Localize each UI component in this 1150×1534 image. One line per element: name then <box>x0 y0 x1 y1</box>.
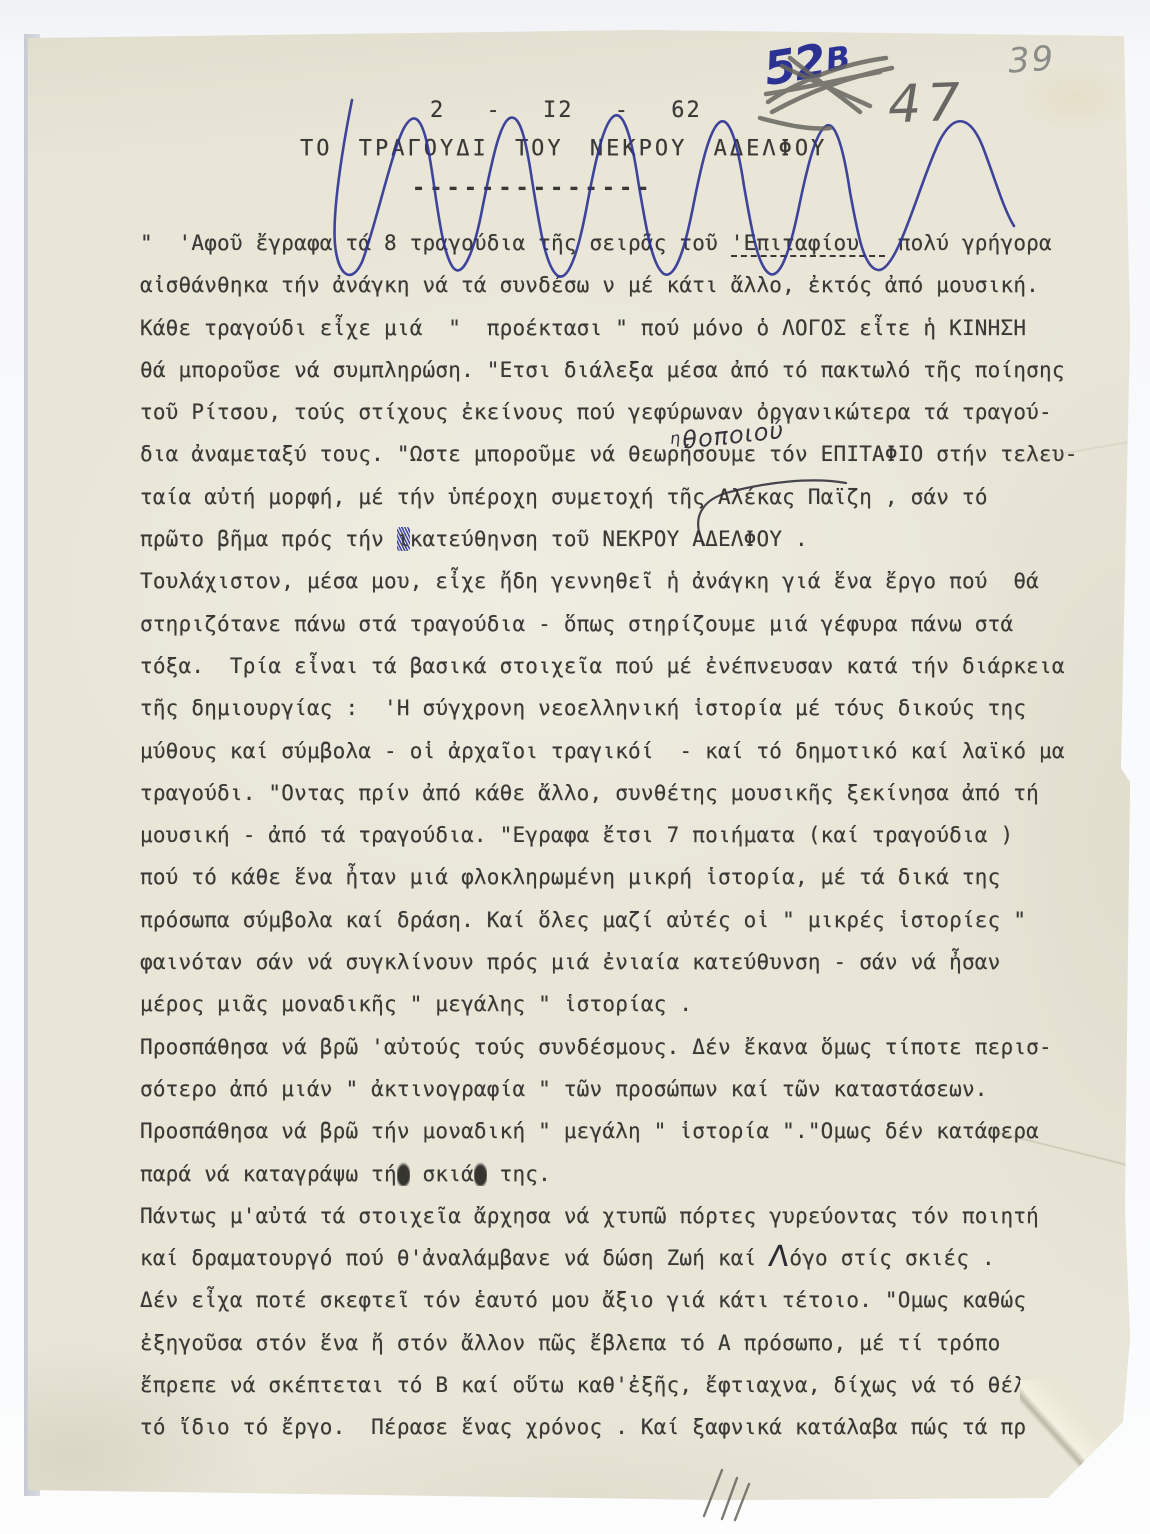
typed-line: " 'Αφοῦ ἔγραφα τά 8 τραγούδια τῆς σειρᾶς… <box>140 222 1125 264</box>
scanned-typescript-page: { "page": { "kind": "typewritten manuscr… <box>0 0 1150 1534</box>
document-page: 2 - I2 - 62 ΤΟ ΤΡΑΓΟΥΔΙ ΤΟΥ ΝΕΚΡΟΥ ΑΔΕΛΦ… <box>28 30 1130 1500</box>
typed-line: τό ἴδιο τό ἔργο. Πέρασε ἕνας χρόνος . Κα… <box>140 1406 1125 1448</box>
typed-line: τραγούδι. "Οντας πρίν ἀπό κάθε ἄλλο, συν… <box>140 772 1125 814</box>
typed-line: Δέν εἶχα ποτέ σκεφτεῖ τόν ἑαυτό μου ἄξιο… <box>140 1279 1125 1321</box>
typed-line: τοῦ Ρίτσου, τούς στίχους ἐκείνους πού γε… <box>140 391 1125 433</box>
typed-line: φαινόταν σάν νά συγκλίνουν πρός μιά ἐνια… <box>140 941 1125 983</box>
typed-line: Πάντως μ'αὐτά τά στοιχεῖα ἄρχησα νά χτυπ… <box>140 1195 1125 1237</box>
typed-line: στηριζότανε πάνω στά τραγούδια - ὅπως στ… <box>140 603 1125 645</box>
typed-date: 2 - I2 - 62 <box>430 98 702 123</box>
typed-line: ἐξηγοῦσα στόν ἕνα ἤ στόν ἄλλον πῶς ἔβλεπ… <box>140 1322 1125 1364</box>
typed-line: ἔπρεπε νά σκέπτεται τό Β καί οὕτω καθ'ἐξ… <box>140 1364 1125 1406</box>
typed-line: Προσπάθησα νά βρῶ 'αὐτούς τούς συνδέσμου… <box>140 1026 1125 1068</box>
typed-line: ταία αὐτή μορφή, μέ τήν ὑπέροχη συμετοχή… <box>140 476 1125 518</box>
typed-line: σότερο ἀπό μιάν " ἀκτινογραφία " τῶν προ… <box>140 1068 1125 1110</box>
typed-line: καί δραματουργό πού θ'ἀναλάμβανε νά δώση… <box>140 1237 1125 1279</box>
pencil-page-number-39: 39 <box>1007 38 1057 81</box>
typed-line: μέρος μιᾶς μοναδικῆς " μεγάλης " ἱστορία… <box>140 983 1125 1025</box>
typed-line: Προσπάθησα νά βρῶ τήν μοναδική " μεγάλη … <box>140 1110 1125 1152</box>
typed-line: Τουλάχιστον, μέσα μου, εἶχε ἤδη γεννηθεῖ… <box>140 560 1125 602</box>
typed-line: μουσική - ἀπό τά τραγούδια. "Εγραφα ἔτσι… <box>140 814 1125 856</box>
typed-line: θά μποροῦσε νά συμπληρώση. "Ετσι διάλεξα… <box>140 349 1125 391</box>
typed-line: αἰσθάνθηκα τήν ἀνάγκη νά τά συνδέσω ν μέ… <box>140 264 1125 306</box>
typed-body: " 'Αφοῦ ἔγραφα τά 8 τραγούδια τῆς σειρᾶς… <box>140 222 1125 1449</box>
typed-line: πρόσωπα σύμβολα καί δράση. Καί ὅλες μαζί… <box>140 899 1125 941</box>
typed-line: πού τό κάθε ἕνα ἦταν μιά φλοκληρωμένη μι… <box>140 856 1125 898</box>
pencil-page-number-47: 47 <box>887 73 967 136</box>
typed-line: μύθους καί σύμβολα - οἱ ἀρχαῖοι τραγικόί… <box>140 730 1125 772</box>
typed-line: τῆς δημιουργίας : 'Η σύγχρονη νεοελληνικ… <box>140 687 1125 729</box>
page-title: ΤΟ ΤΡΑΓΟΥΔΙ ΤΟΥ ΝΕΚΡΟΥ ΑΔΕΛΦΟΥ <box>300 136 827 161</box>
typed-line: πρῶτο βῆμα πρός τήν ικατεύθηνση τοῦ ΝΕΚΡ… <box>140 518 1125 560</box>
title-divider: -------------- <box>412 176 653 201</box>
typed-line: Κάθε τραγούδι εἶχε μιά " προέκτασι " πού… <box>140 307 1125 349</box>
typed-line: τόξα. Τρία εἶναι τά βασικά στοιχεῖα πού … <box>140 645 1125 687</box>
typed-line: δια ἀναμεταξύ τους. "Ωστε μποροῦμε νά θε… <box>140 433 1125 475</box>
typed-line: παρά νά καταγράψω τήν σκιάν της. <box>140 1153 1125 1195</box>
